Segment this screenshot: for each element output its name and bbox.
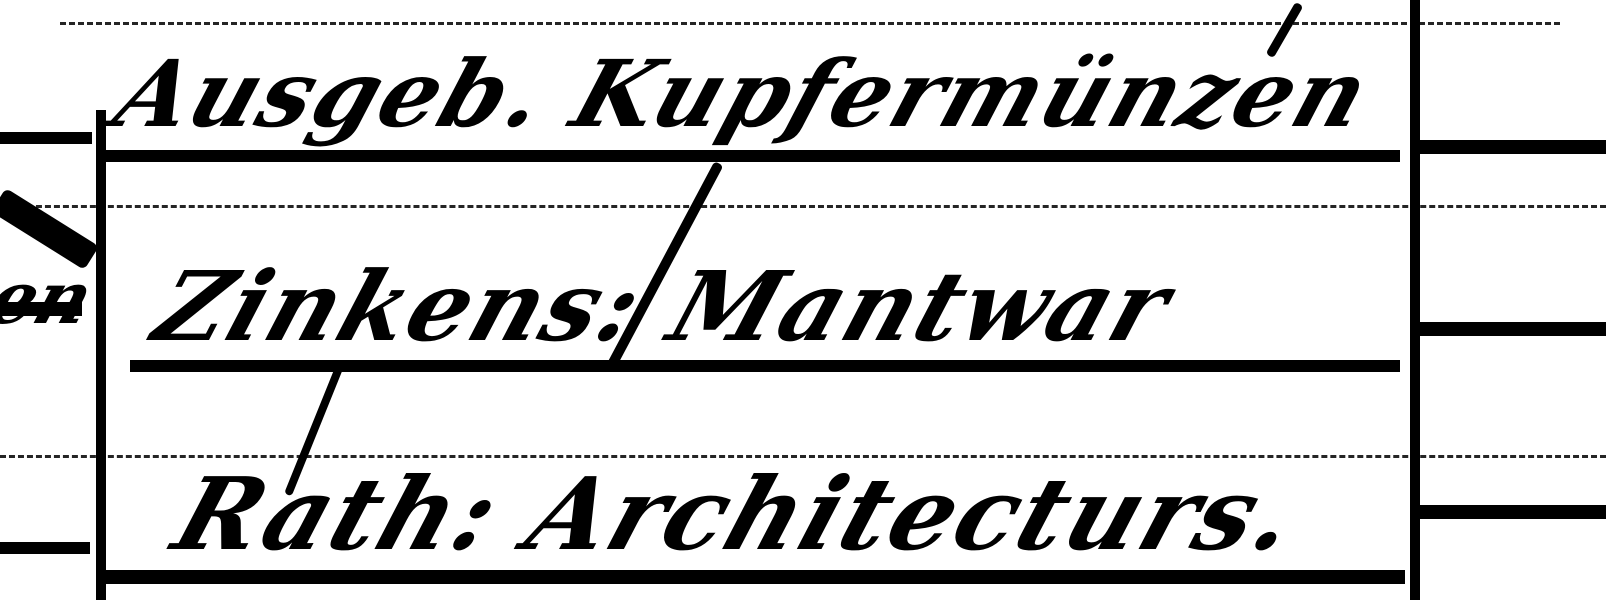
- row-rule: [0, 132, 92, 144]
- row-1-text: Ausgeb. Kupfermünzen: [102, 40, 1383, 148]
- row-rule: [105, 150, 1400, 162]
- row-3-text: Rath: Architecturs.: [161, 455, 1313, 573]
- column-divider-right: [1410, 0, 1420, 600]
- document-scan: Ausgeb. Kupfermünzen Zinkens: Mantwar Ra…: [0, 0, 1606, 600]
- guide-line: [60, 22, 1560, 25]
- guide-line: [0, 205, 1606, 208]
- row-rule: [1420, 505, 1606, 519]
- left-margin-fragment: en: [0, 255, 104, 340]
- row-rule: [1420, 322, 1606, 336]
- row-rule: [0, 542, 90, 554]
- column-divider-left: [96, 110, 106, 600]
- row-rule: [1420, 140, 1606, 154]
